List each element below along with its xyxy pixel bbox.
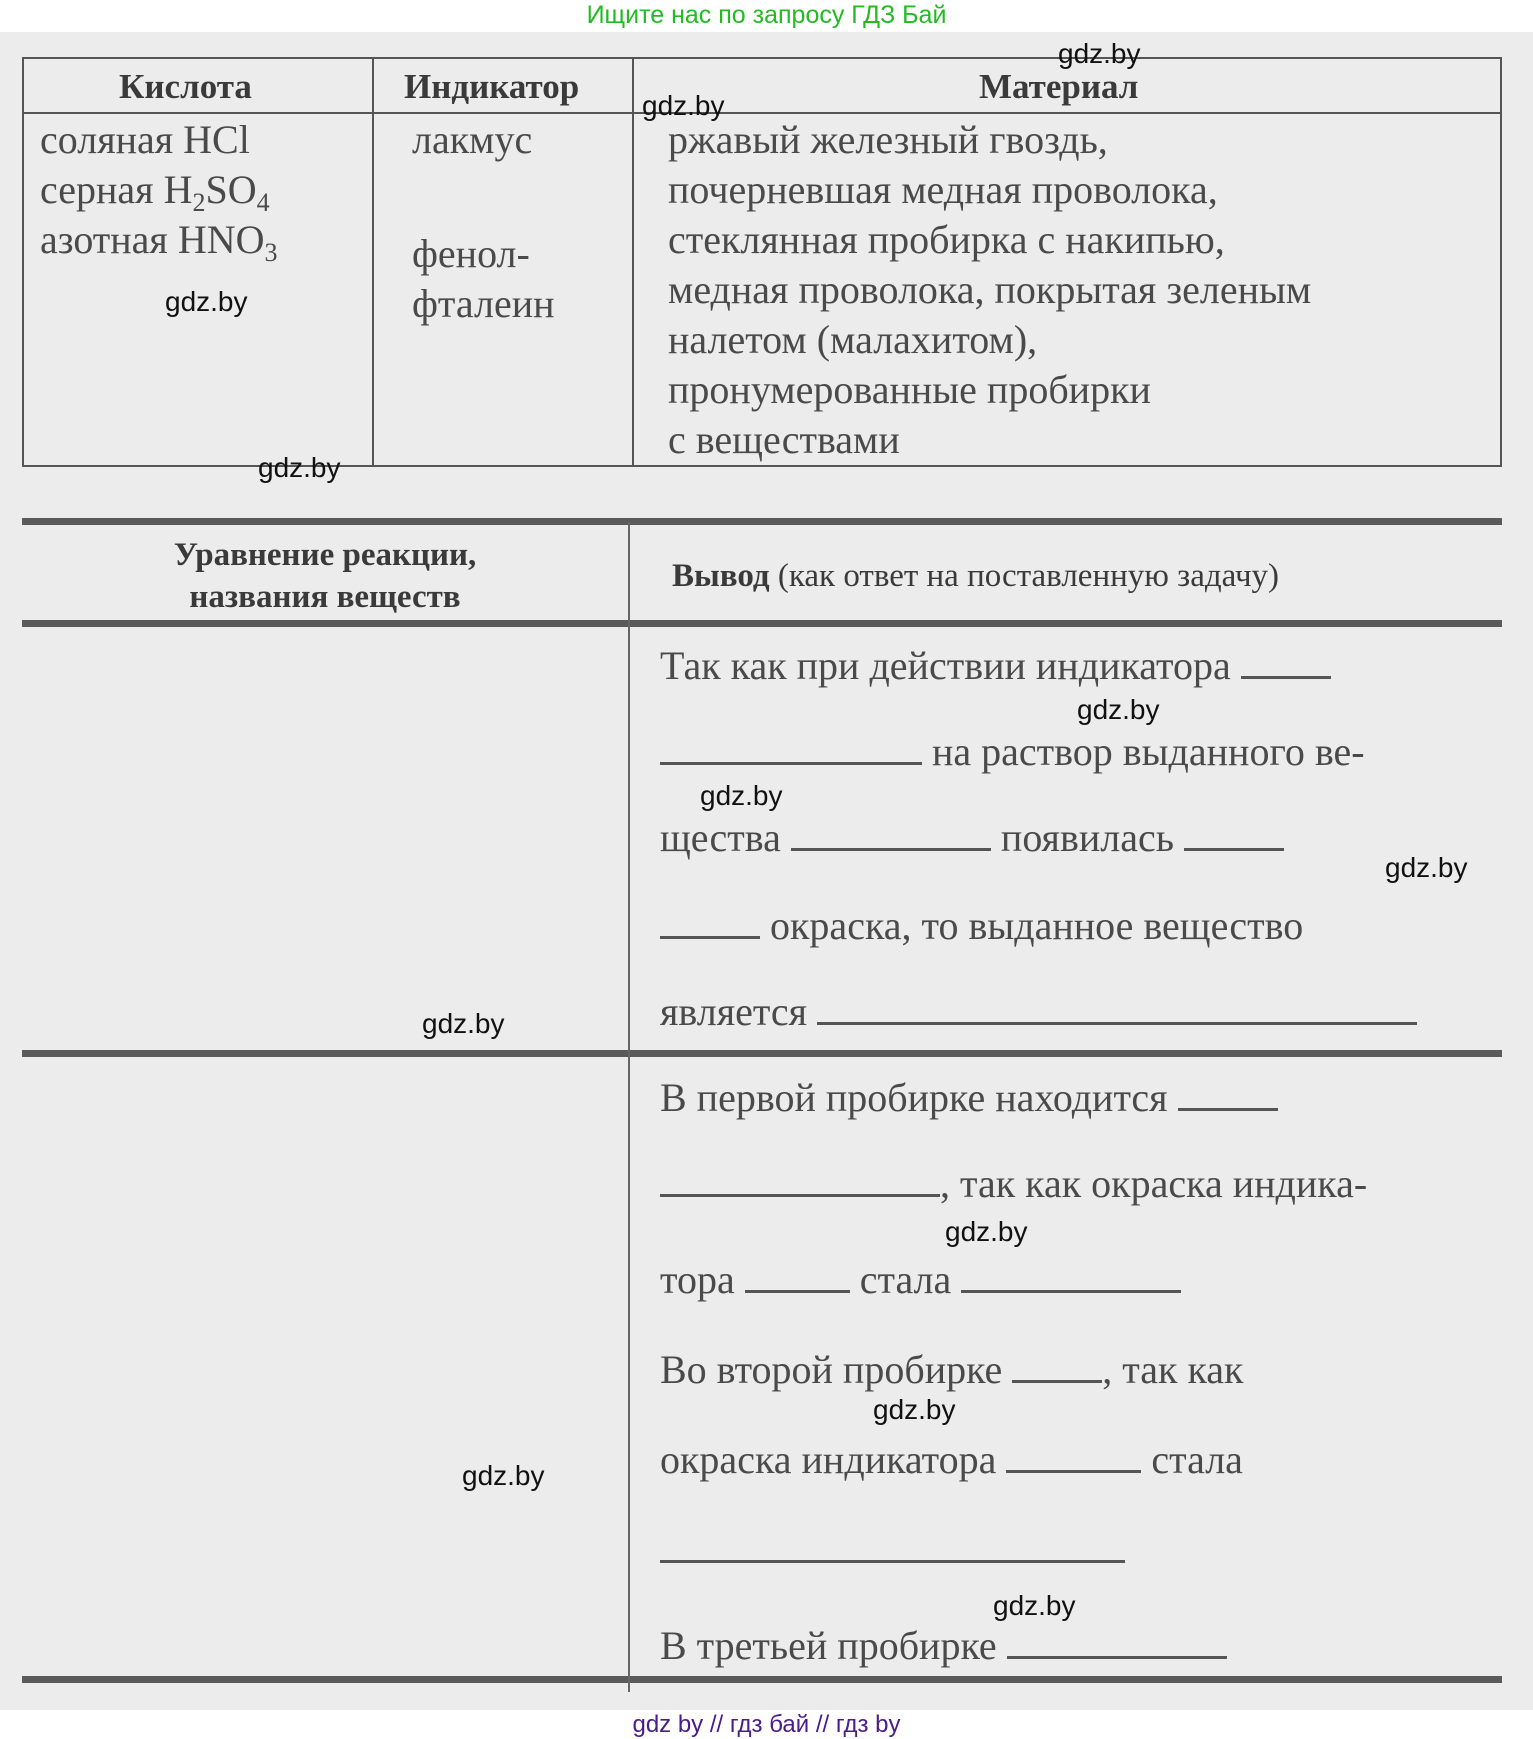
material-item: почерневшая медная проволока, (668, 165, 1311, 215)
header-equation: Уравнение реакции, названия веществ (30, 534, 620, 618)
answer-blank[interactable] (1241, 636, 1331, 679)
acid-row: серная H2SO4 (40, 165, 278, 215)
materials-table: Кислота Индикатор Материал соляная HCl с… (22, 57, 1502, 467)
material-item: медная проволока, покрытая зеленым (668, 265, 1311, 315)
table-rule (22, 518, 1502, 525)
header-line: названия веществ (30, 576, 620, 618)
conclusion-line: В третьей пробирке (660, 1616, 1227, 1671)
acid-list: соляная HCl серная H2SO4 азотная HNO3 (40, 115, 278, 265)
conclusion-line: является (660, 982, 1417, 1037)
indicator-litmus: лакмус (412, 115, 532, 165)
conclusion-line: окраска индикатора стала (660, 1430, 1243, 1485)
table-rule (22, 620, 1502, 627)
material-item: ржавый железный гвоздь, (668, 115, 1311, 165)
watermark: gdz.by (700, 780, 783, 812)
column-divider (632, 59, 634, 465)
table-rule (22, 1676, 1502, 1683)
chemical-formula: HNO3 (178, 217, 278, 262)
conclusion-line: на раствор выданного ве- (660, 722, 1365, 777)
material-list: ржавый железный гвоздь, почерневшая медн… (668, 115, 1311, 465)
header-rest: (как ответ на поставленную задачу) (770, 558, 1279, 594)
header-bold: Вывод (672, 558, 770, 594)
conclusion-line: Во второй пробирке , так как (660, 1340, 1243, 1395)
conclusion-line: тора стала (660, 1250, 1181, 1305)
table-header-divider (24, 112, 1500, 114)
watermark: gdz.by (993, 1590, 1076, 1622)
header-conclusion: Вывод (как ответ на поставленную задачу) (672, 558, 1279, 595)
watermark: gdz.by (462, 1460, 545, 1492)
answer-blank[interactable] (791, 808, 991, 851)
chemical-formula: H2SO4 (164, 167, 270, 212)
header-acid: Кислота (119, 67, 252, 107)
watermark: gdz.by (642, 90, 725, 122)
answer-blank[interactable] (1184, 808, 1284, 851)
answer-blank[interactable] (817, 982, 1417, 1025)
header-material: Материал (979, 67, 1138, 107)
table-rule (22, 1050, 1502, 1057)
answer-blank[interactable] (660, 1520, 1125, 1563)
header-line: Уравнение реакции, (30, 534, 620, 576)
column-divider (372, 59, 374, 465)
conclusion-line: , так как окраска индика- (660, 1154, 1367, 1209)
conclusion-line: Так как при действии индикатора (660, 636, 1331, 691)
indicator-phenolphthalein-1: фенол- (412, 229, 530, 279)
answer-blank[interactable] (660, 1154, 940, 1197)
indicator-phenolphthalein-2: фталеин (412, 279, 555, 329)
watermark: gdz.by (1058, 38, 1141, 70)
answer-blank[interactable] (961, 1250, 1181, 1293)
answer-blank[interactable] (1178, 1068, 1278, 1111)
answer-blank[interactable] (1007, 1616, 1227, 1659)
answer-blank[interactable] (660, 722, 922, 765)
top-banner: Ищите нас по запросу ГДЗ Бай (0, 0, 1533, 32)
chemical-formula: HCl (183, 117, 250, 162)
acid-row: азотная HNO3 (40, 215, 278, 265)
header-indicator: Индикатор (404, 67, 579, 107)
answer-blank[interactable] (660, 896, 760, 939)
material-item: пронумерованные пробирки (668, 365, 1311, 415)
watermark: gdz.by (1385, 852, 1468, 884)
material-item: с веществами (668, 415, 1311, 465)
acid-row: соляная HCl (40, 115, 278, 165)
material-item: налетом (малахитом), (668, 315, 1311, 365)
conclusion-line: щества появилась (660, 808, 1284, 863)
bottom-banner: gdz by // гдз бай // гдз by (0, 1710, 1533, 1739)
watermark: gdz.by (1077, 694, 1160, 726)
watermark: gdz.by (422, 1008, 505, 1040)
conclusion-line: окраска, то выданное вещество (660, 896, 1303, 951)
conclusion-line: В первой пробирке находится (660, 1068, 1278, 1123)
answer-blank[interactable] (1012, 1340, 1102, 1383)
column-divider (628, 522, 630, 1692)
watermark: gdz.by (258, 452, 341, 484)
watermark: gdz.by (945, 1216, 1028, 1248)
answer-blank[interactable] (1006, 1430, 1141, 1473)
watermark: gdz.by (165, 286, 248, 318)
watermark: gdz.by (873, 1394, 956, 1426)
material-item: стеклянная пробирка с накипью, (668, 215, 1311, 265)
answer-blank[interactable] (745, 1250, 850, 1293)
conclusion-line (660, 1520, 1125, 1575)
